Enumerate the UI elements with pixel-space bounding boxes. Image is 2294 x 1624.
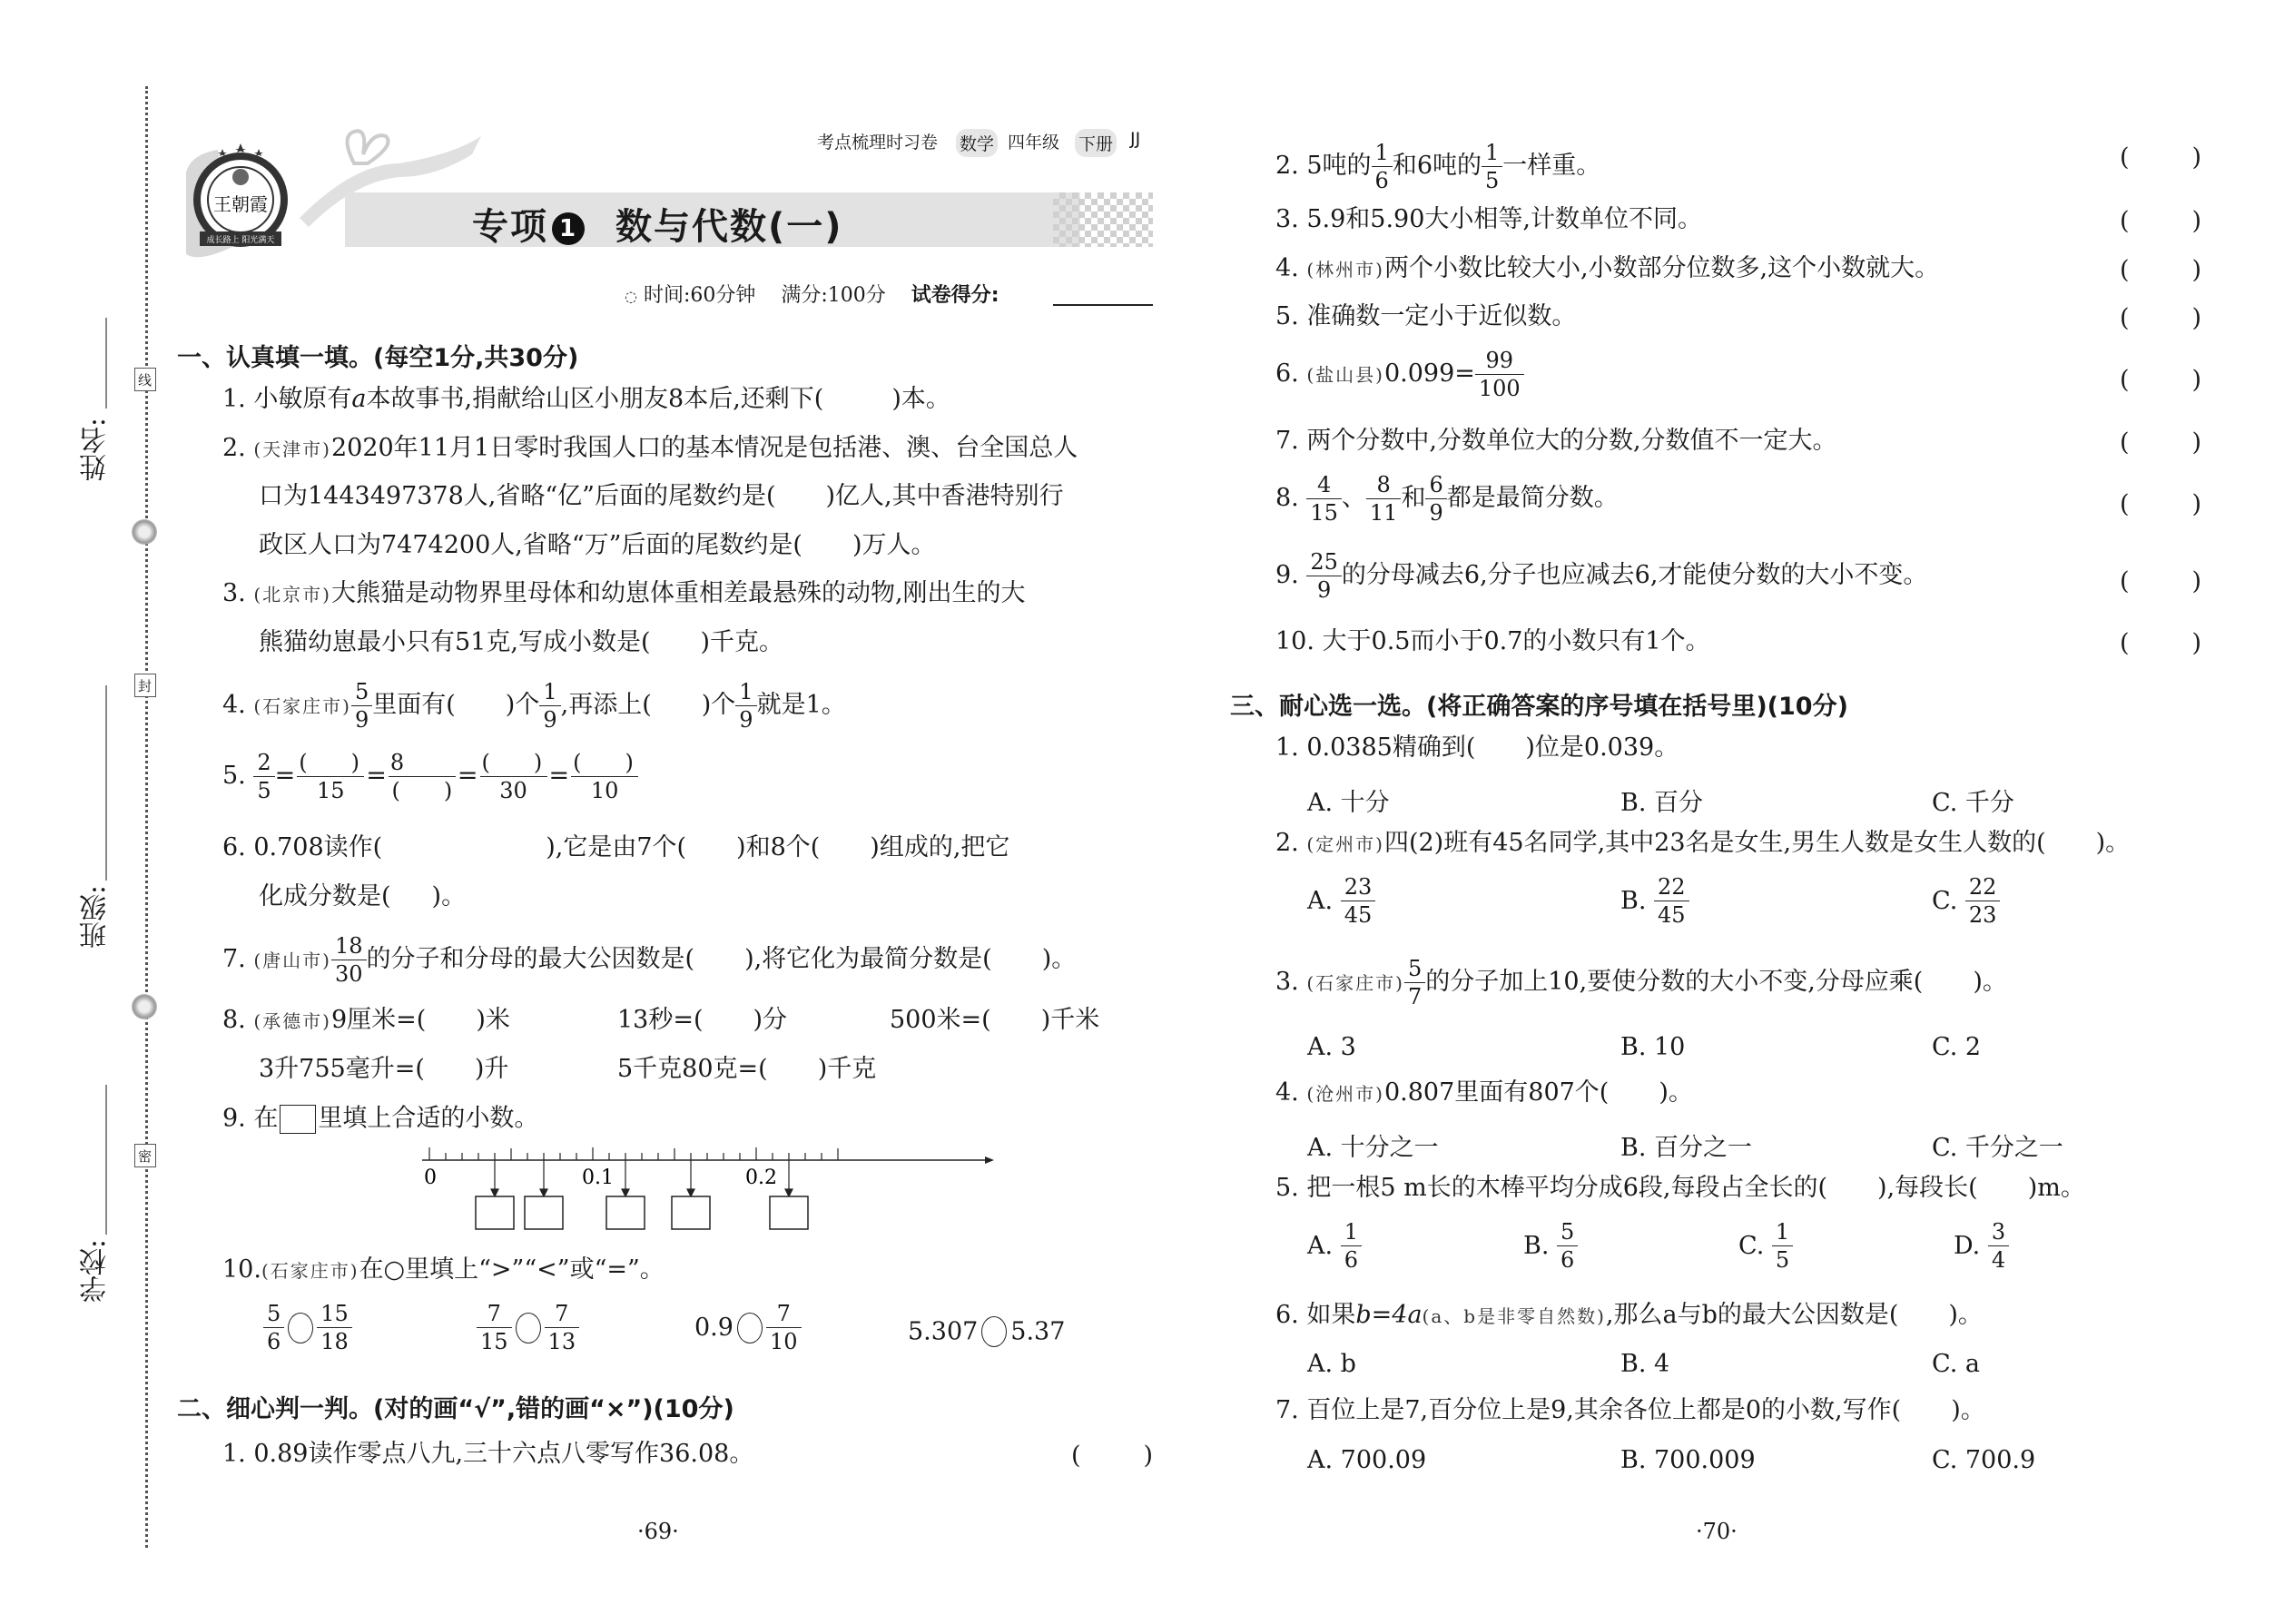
s3-q7-option-a[interactable]: A. 700.09 [1307, 1446, 1426, 1474]
binding-dotted-line [145, 86, 148, 1548]
s3-q5-option-d[interactable]: D. 34 [1954, 1221, 2009, 1271]
page-title: 专项1数与代数(一) [472, 198, 843, 250]
clock-icon: ◌ [625, 288, 637, 305]
s3-q2: 2. (定州市)四(2)班有45名同学,其中23名是女生,男生人数是女生人数的(… [1275, 831, 2130, 855]
s3-q4-option-b[interactable]: B. 百分之一 [1620, 1127, 1752, 1163]
header-subject: 数学 [956, 129, 998, 157]
compare-4: 5.3075.37 [908, 1316, 1065, 1347]
s1-q9: 9. 在里填上合适的小数。 [222, 1105, 538, 1134]
checker-decoration [1053, 192, 1153, 247]
s2-item-9: 9. 259的分母减去6,分子也应减去6,才能使分数的大小不变。 [1275, 551, 1927, 601]
s3-q3-option-b[interactable]: B. 10 [1620, 1033, 1685, 1061]
s1-q1: 1. 小敏原有a本故事书,捐献给山区小朋友8本后,还剩下()本。 [222, 387, 950, 411]
exam-info-line: ◌ 时间:60分钟 满分:100分 试卷得分: [625, 280, 999, 308]
s1-q6: 6. 0.708读作(),它是由7个()和8个()组成的,把它 [222, 835, 1009, 860]
school-field-label: 学校: [76, 1239, 116, 1303]
s3-q6: 6. 如果b=4a(a、b是非零自然数),那么a与b的最大公因数是()。 [1275, 1303, 1983, 1327]
s3-q3-option-c[interactable]: C. 2 [1932, 1033, 1981, 1061]
score-input-line[interactable] [1053, 304, 1153, 306]
s2-item-1: 1. 0.89读作零点八九,三十六点八零写作36.08。 [222, 1442, 753, 1466]
svg-text:王朝霞: 王朝霞 [213, 193, 268, 215]
compare-circle[interactable] [288, 1313, 313, 1343]
s3-q6-option-a[interactable]: A. b [1307, 1350, 1356, 1378]
s3-q1-option-b[interactable]: B. 百分 [1620, 782, 1703, 818]
s1-q5: 5. 25=( )15=8( )=( )30=( )10 [222, 752, 640, 802]
compare-1: 561518 [263, 1303, 352, 1353]
page-number-right: ·70· [1696, 1519, 1738, 1544]
s3-q3-option-a[interactable]: A. 3 [1307, 1033, 1356, 1061]
answer-box[interactable] [770, 1196, 808, 1229]
svg-text:成长路上 阳光满天: 成长路上 阳光满天 [207, 234, 275, 245]
page-number-left: ·69· [637, 1519, 679, 1544]
s2-item-4: 4. (林州市)两个小数比较大小,小数部分位数多,这个小数就大。 [1275, 256, 1939, 281]
header-volume: 下册 [1075, 129, 1117, 157]
judge-mark[interactable]: () [2120, 490, 2201, 518]
name-field-label: 姓名: [76, 418, 116, 481]
title-number-badge: 1 [552, 212, 585, 245]
compare-2: 715713 [477, 1303, 579, 1353]
judge-mark[interactable]: () [2120, 304, 2201, 332]
publisher-logo: 王朝霞 成长路上 阳光满天 [182, 136, 300, 263]
header-edition: JJ [1130, 129, 1140, 149]
header-series: 考点梳理时习卷 [817, 129, 938, 153]
s3-q6-option-b[interactable]: B. 4 [1620, 1350, 1669, 1378]
answer-box[interactable] [606, 1196, 645, 1229]
s1-q7: 7. (唐山市)1830的分子和分母的最大公因数是(),将它化为最简分数是()。 [222, 935, 1076, 985]
svg-text:0.1: 0.1 [582, 1166, 614, 1189]
s3-q4: 4. (沧州市)0.807里面有807个()。 [1275, 1080, 1693, 1105]
compare-circle[interactable] [516, 1313, 541, 1343]
judge-mark[interactable]: () [2120, 428, 2201, 457]
school-field-line[interactable] [105, 1085, 107, 1235]
s1-q10: 10.(石家庄市)在○里填上“>”“<”或“=”。 [222, 1257, 665, 1282]
s3-q5-option-b[interactable]: B. 56 [1523, 1221, 1578, 1271]
s3-q2-option-a[interactable]: A. 2345 [1307, 876, 1375, 926]
judge-mark[interactable]: () [2120, 207, 2201, 235]
s3-q1-option-c[interactable]: C. 千分 [1932, 782, 2014, 818]
judge-mark[interactable]: () [2120, 366, 2201, 394]
s2-item-2: 2. 5吨的16和6吨的15一样重。 [1275, 142, 1600, 192]
cut-mark-xian: 线 [134, 368, 156, 391]
judge-mark[interactable]: () [2120, 143, 2201, 172]
cut-mark-feng: 封 [134, 674, 156, 697]
answer-box[interactable] [476, 1196, 514, 1229]
s2-item-7: 7. 两个分数中,分数单位大的分数,分数值不一定大。 [1275, 428, 1837, 453]
s2-item-6: 6. (盐山县)0.099=99100 [1275, 349, 1524, 399]
class-field-label: 班级: [76, 885, 116, 949]
s3-q2-option-c[interactable]: C. 2223 [1932, 876, 2000, 926]
s1-q2: 2. (天津市)2020年11月1日零时我国人口的基本情况是包括港、澳、台全国总… [222, 436, 1078, 460]
s3-q5-option-c[interactable]: C. 15 [1738, 1221, 1793, 1271]
name-field-line[interactable] [105, 318, 107, 408]
seal-icon [132, 519, 157, 545]
judge-mark[interactable]: () [2120, 629, 2201, 657]
s3-q7-option-c[interactable]: C. 700.9 [1932, 1446, 2035, 1474]
answer-box[interactable] [525, 1196, 563, 1229]
s3-q3: 3. (石家庄市)57的分子加上10,要使分数的大小不变,分母应乘()。 [1275, 958, 2007, 1008]
s3-q1: 1. 0.0385精确到()位是0.039。 [1275, 735, 1679, 760]
header-grade: 四年级 [1008, 129, 1059, 153]
judge-mark[interactable]: () [2120, 256, 2201, 284]
s2-item-5: 5. 准确数一定小于近似数。 [1275, 304, 1576, 329]
box-icon [280, 1105, 316, 1134]
compare-3: 0.9710 [694, 1303, 802, 1353]
svg-text:0.2: 0.2 [745, 1166, 777, 1189]
section1-heading: 一、认真填一填。(每空1分,共30分) [177, 338, 578, 373]
cut-mark-mi: 密 [134, 1144, 156, 1167]
s3-q4-option-c[interactable]: C. 千分之一 [1932, 1127, 2063, 1163]
compare-circle[interactable] [981, 1316, 1007, 1347]
section3-heading: 三、耐心选一选。(将正确答案的序号填在括号里)(10分) [1230, 686, 1848, 722]
s1-q4: 4. (石家庄市)59里面有()个19,再添上()个19就是1。 [222, 681, 846, 731]
compare-circle[interactable] [737, 1313, 763, 1343]
class-field-line[interactable] [105, 685, 107, 881]
s3-q6-option-c[interactable]: C. a [1932, 1350, 1980, 1378]
s2-item-3: 3. 5.9和5.90大小相等,计数单位不同。 [1275, 207, 1702, 231]
s1-q3: 3. (北京市)大熊猫是动物界里母体和幼崽体重相差最悬殊的动物,刚出生的大 [222, 581, 1026, 605]
section2-heading: 二、细心判一判。(对的画“√”,错的画“×”)(10分) [177, 1389, 734, 1424]
s1-q8: 8. (承德市)9厘米=()米 [222, 1008, 510, 1032]
number-line-figure: 0 0.1 0.2 [413, 1144, 1012, 1244]
s3-q5: 5. 把一根5 m长的木棒平均分成6段,每段占全长的(),每段长()m。 [1275, 1176, 2085, 1200]
s2-item-10: 10. 大于0.5而小于0.7的小数只有1个。 [1275, 629, 1710, 654]
s3-q2-option-b[interactable]: B. 2245 [1620, 876, 1689, 926]
s3-q1-option-a[interactable]: A. 十分 [1307, 782, 1390, 818]
judge-mark[interactable]: () [1071, 1442, 1153, 1470]
answer-box[interactable] [672, 1196, 710, 1229]
s3-q5-option-a[interactable]: A. 16 [1307, 1221, 1362, 1271]
seal-icon [132, 994, 157, 1019]
judge-mark[interactable]: () [2120, 567, 2201, 595]
s2-item-8: 8. 415、811和69都是最简分数。 [1275, 474, 1619, 524]
svg-text:0: 0 [424, 1166, 437, 1189]
s3-q7-option-b[interactable]: B. 700.009 [1620, 1446, 1756, 1474]
s3-q4-option-a[interactable]: A. 十分之一 [1307, 1127, 1439, 1163]
s3-q7: 7. 百位上是7,百分位上是9,其余各位上都是0的小数,写作()。 [1275, 1398, 1985, 1422]
